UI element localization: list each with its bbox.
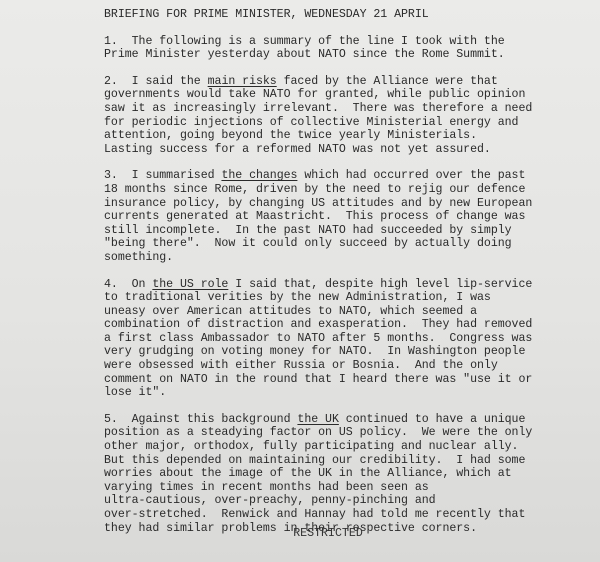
- text-line: saw it as increasingly irrelevant. There…: [104, 102, 584, 116]
- text-segment: other major, orthodox, fully participati…: [104, 440, 518, 453]
- text-line: But this depended on maintaining our cre…: [104, 454, 584, 468]
- text-line: a first class Ambassador to NATO after 5…: [104, 332, 584, 346]
- text-line: 1. The following is a summary of the lin…: [104, 35, 584, 49]
- document-title: BRIEFING FOR PRIME MINISTER, WEDNESDAY 2…: [104, 8, 584, 22]
- text-segment: 2. I said the: [104, 75, 208, 88]
- text-line: Prime Minister yesterday about NATO sinc…: [104, 48, 584, 62]
- text-segment: a first class Ambassador to NATO after 5…: [104, 332, 532, 345]
- text-line: worries about the image of the UK in the…: [104, 467, 584, 481]
- paragraph-1: 1. The following is a summary of the lin…: [104, 35, 584, 62]
- text-segment: which had occurred over the past: [297, 169, 525, 182]
- text-segment: 3. I summarised: [104, 169, 221, 182]
- text-segment: comment on NATO in the round that I hear…: [104, 373, 532, 386]
- text-segment: I said that, despite high level lip-serv…: [228, 278, 532, 291]
- text-segment: ultra-cautious, over-preachy, penny-pinc…: [104, 494, 436, 507]
- text-segment: combination of distraction and exasperat…: [104, 318, 532, 331]
- text-line: very grudging on voting money for NATO. …: [104, 345, 584, 359]
- text-line: were obsessed with either Russia or Bosn…: [104, 359, 584, 373]
- text-line: over-stretched. Renwick and Hannay had t…: [104, 508, 584, 522]
- text-line: still incomplete. In the past NATO had s…: [104, 224, 584, 238]
- text-line: ultra-cautious, over-preachy, penny-pinc…: [104, 494, 584, 508]
- text-line: insurance policy, by changing US attitud…: [104, 197, 584, 211]
- text-line: "being there". Now it could only succeed…: [104, 237, 584, 251]
- text-segment: 1. The following is a summary of the lin…: [104, 35, 505, 48]
- text-segment: saw it as increasingly irrelevant. There…: [104, 102, 532, 115]
- text-line: 2. I said the main risks faced by the Al…: [104, 75, 584, 89]
- text-segment: "being there". Now it could only succeed…: [104, 237, 512, 250]
- paragraph-3: 3. I summarised the changes which had oc…: [104, 169, 584, 264]
- text-line: other major, orthodox, fully participati…: [104, 440, 584, 454]
- text-segment: varying times in recent months had been …: [104, 481, 429, 494]
- underlined-phrase: main risks: [208, 75, 277, 88]
- text-segment: were obsessed with either Russia or Bosn…: [104, 359, 498, 372]
- classification-marking: RESTRICTED: [0, 527, 600, 540]
- text-line: attention, going beyond the twice yearly…: [104, 129, 584, 143]
- text-line: 18 months since Rome, driven by the need…: [104, 183, 584, 197]
- text-segment: worries about the image of the UK in the…: [104, 467, 512, 480]
- document-page: BRIEFING FOR PRIME MINISTER, WEDNESDAY 2…: [104, 8, 584, 548]
- text-segment: attention, going beyond the twice yearly…: [104, 129, 477, 142]
- text-segment: very grudging on voting money for NATO. …: [104, 345, 525, 358]
- document-body: 1. The following is a summary of the lin…: [104, 35, 584, 536]
- text-line: currents generated at Maastricht. This p…: [104, 210, 584, 224]
- text-segment: 4. On: [104, 278, 152, 291]
- text-line: 5. Against this background the UK contin…: [104, 413, 584, 427]
- text-line: position as a steadying factor on US pol…: [104, 426, 584, 440]
- text-segment: 5. Against this background: [104, 413, 297, 426]
- text-line: something.: [104, 251, 584, 265]
- text-line: Lasting success for a reformed NATO was …: [104, 143, 584, 157]
- text-segment: over-stretched. Renwick and Hannay had t…: [104, 508, 525, 521]
- text-segment: Prime Minister yesterday about NATO sinc…: [104, 48, 505, 61]
- text-line: combination of distraction and exasperat…: [104, 318, 584, 332]
- text-segment: to traditional verities by the new Admin…: [104, 291, 491, 304]
- text-segment: position as a steadying factor on US pol…: [104, 426, 532, 439]
- text-line: 4. On the US role I said that, despite h…: [104, 278, 584, 292]
- text-line: uneasy over American attitudes to NATO, …: [104, 305, 584, 319]
- text-segment: governments would take NATO for granted,…: [104, 88, 525, 101]
- underlined-phrase: the US role: [152, 278, 228, 291]
- text-line: governments would take NATO for granted,…: [104, 88, 584, 102]
- text-segment: currents generated at Maastricht. This p…: [104, 210, 525, 223]
- text-segment: 18 months since Rome, driven by the need…: [104, 183, 525, 196]
- text-segment: something.: [104, 251, 173, 264]
- text-line: varying times in recent months had been …: [104, 481, 584, 495]
- text-segment: insurance policy, by changing US attitud…: [104, 197, 532, 210]
- paragraph-2: 2. I said the main risks faced by the Al…: [104, 75, 584, 157]
- text-line: comment on NATO in the round that I hear…: [104, 373, 584, 387]
- underlined-phrase: the changes: [221, 169, 297, 182]
- text-line: to traditional verities by the new Admin…: [104, 291, 584, 305]
- underlined-phrase: the UK: [297, 413, 338, 426]
- paragraph-4: 4. On the US role I said that, despite h…: [104, 278, 584, 400]
- text-segment: faced by the Alliance were that: [277, 75, 498, 88]
- text-segment: lose it".: [104, 386, 166, 399]
- text-segment: But this depended on maintaining our cre…: [104, 454, 525, 467]
- text-segment: continued to have a unique: [339, 413, 526, 426]
- text-line: 3. I summarised the changes which had oc…: [104, 169, 584, 183]
- text-line: for periodic injections of collective Mi…: [104, 116, 584, 130]
- text-segment: for periodic injections of collective Mi…: [104, 116, 518, 129]
- text-line: lose it".: [104, 386, 584, 400]
- text-segment: uneasy over American attitudes to NATO, …: [104, 305, 477, 318]
- paragraph-5: 5. Against this background the UK contin…: [104, 413, 584, 535]
- text-segment: Lasting success for a reformed NATO was …: [104, 143, 491, 156]
- text-segment: still incomplete. In the past NATO had s…: [104, 224, 512, 237]
